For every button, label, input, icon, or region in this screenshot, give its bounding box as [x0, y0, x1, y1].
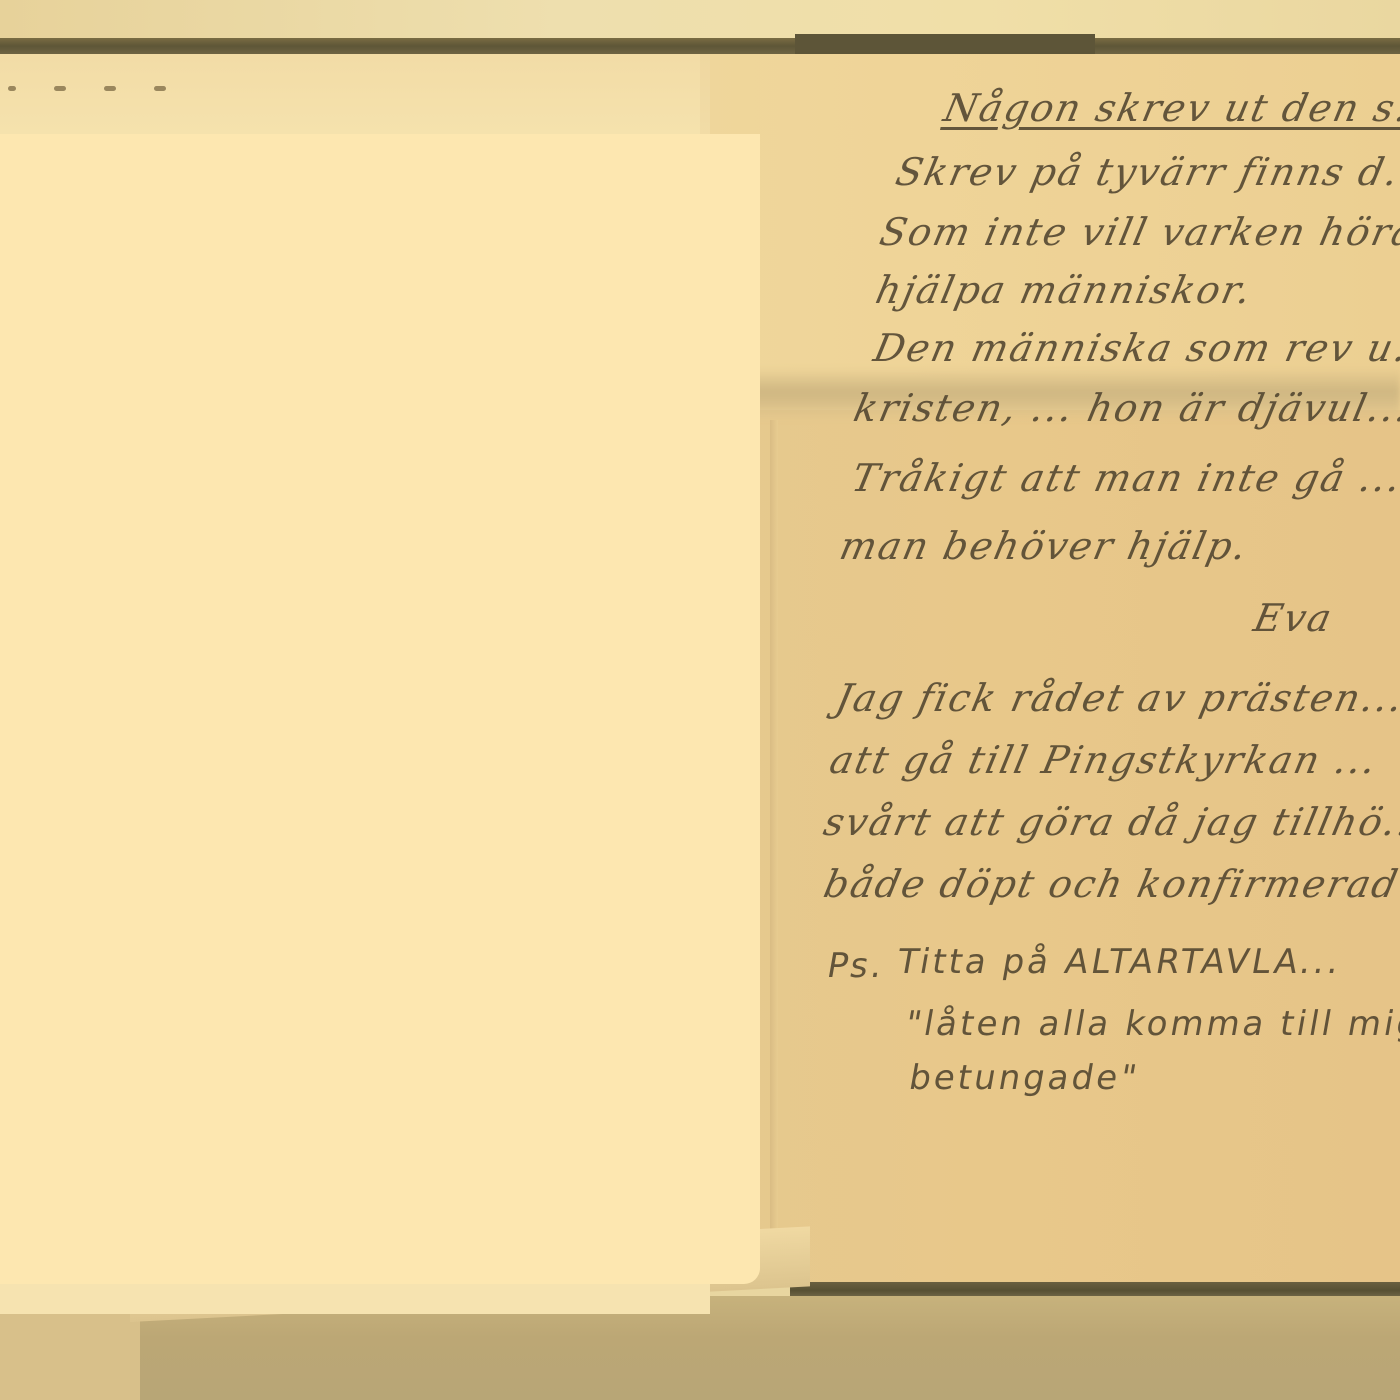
- top-strip: [0, 0, 1400, 40]
- ink-mark: [54, 86, 66, 91]
- letter-line: Skrev på tyvärr finns d...: [892, 150, 1400, 194]
- left-page-top: [0, 54, 700, 134]
- letter-line: både döpt och konfirmerad ...: [820, 862, 1400, 906]
- ps-line: "låten alla komma till mig...: [902, 1004, 1400, 1044]
- left-blank-paper: [0, 134, 760, 1284]
- ps-line: Titta på ALTARTAVLA...: [894, 942, 1345, 982]
- handwritten-letter: Någon skrev ut den s... Skrev på tyvärr …: [820, 86, 1400, 1136]
- top-binding-edge: [0, 38, 1400, 54]
- left-page-marks: [0, 86, 166, 91]
- ink-mark: [104, 86, 116, 91]
- letter-line: Jag fick rådet av prästen...: [832, 676, 1400, 720]
- ps-line: betungade": [906, 1058, 1143, 1098]
- letter-line: att gå till Pingstkyrkan ...: [826, 738, 1382, 782]
- letter-line: Tråkigt att man inte gå ...: [848, 456, 1400, 500]
- scanned-notebook: Någon skrev ut den s... Skrev på tyvärr …: [0, 0, 1400, 1400]
- letter-signature: Eva: [1250, 596, 1337, 640]
- letter-line: Den människa som rev u...: [870, 326, 1400, 370]
- letter-line: Som inte vill varken höra: [876, 210, 1400, 254]
- letter-line: kristen, ... hon är djävul...: [850, 386, 1400, 430]
- ps-prefix: Ps.: [824, 946, 888, 986]
- binding-notch: [795, 34, 1095, 56]
- bottom-cover-left: [0, 1300, 140, 1400]
- bottom-binding-edge: [790, 1282, 1400, 1296]
- letter-line: svårt att göra då jag tillhö...: [820, 800, 1400, 844]
- ink-mark: [8, 86, 16, 91]
- ink-mark: [154, 86, 166, 91]
- page-gutter: [770, 420, 778, 1280]
- letter-line: hjälpa människor.: [872, 268, 1257, 312]
- letter-line: man behöver hjälp.: [836, 524, 1252, 568]
- letter-title: Någon skrev ut den s...: [940, 86, 1400, 130]
